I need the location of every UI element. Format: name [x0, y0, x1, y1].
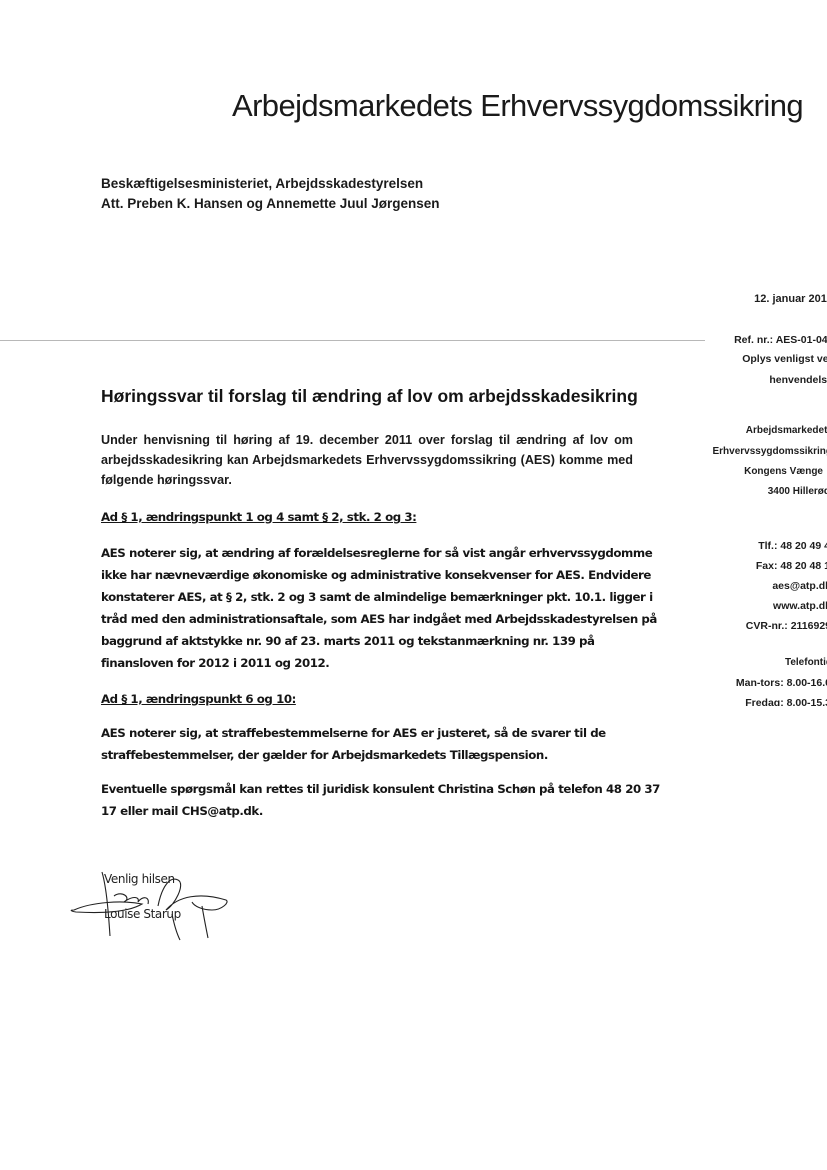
- section-1-line: AES noterer sig, at ændring af forældels…: [101, 542, 652, 564]
- letter-title: Høringssvar til forslag til ændring af l…: [101, 386, 638, 407]
- section-1-line: ikke har nævneværdige økonomiske og admi…: [101, 564, 651, 586]
- section-1-line: baggrund af aktstykke nr. 90 af 23. mart…: [101, 630, 595, 652]
- phone-hours-title: Telefontid: [785, 657, 827, 668]
- intro-paragraph: Under henvisning til høring af 19. decem…: [101, 430, 633, 490]
- sender-address-line-3: Kongens Vænge: [744, 466, 823, 477]
- recipient-line-2: Att. Preben K. Hansen og Annemette Juul …: [101, 196, 440, 211]
- sender-email: aes@atp.dk: [772, 580, 827, 592]
- recipient-line-1: Beskæftigelsesministeriet, Arbejdsskades…: [101, 176, 423, 191]
- organization-logo: Arbejdsmarkedets Erhvervssygdomssikring: [232, 88, 803, 124]
- sender-cvr: CVR-nr.: 2116929: [746, 620, 827, 632]
- section-1-heading: Ad § 1, ændringspunkt 1 og 4 samt § 2, s…: [101, 506, 416, 528]
- phone-hours-friday: Fredag: 8.00-15.3: [745, 697, 827, 706]
- sender-address-line-4: 3400 Hillerød: [768, 486, 827, 497]
- reference-note-1: Oplys venligst ved: [742, 353, 827, 365]
- section-1-line: tråd med den administrationsaftale, som …: [101, 608, 657, 630]
- sender-website: www.atp.dk: [773, 600, 827, 612]
- fold-divider: [0, 340, 705, 341]
- section-1-line: finansloven for 2012 i 2011 og 2012.: [101, 652, 329, 674]
- reference-note-2: henvendelse: [769, 374, 827, 386]
- sender-address-line-1: Arbejdsmarkedets: [746, 425, 827, 436]
- phone-hours-mon-thu: Man-tors: 8.00-16.0: [736, 677, 827, 689]
- reference-number: Ref. nr.: AES-01-04-9: [734, 334, 827, 346]
- section-2-line: straffebestemmelser, der gælder for Arbe…: [101, 744, 548, 766]
- sender-fax: Fax: 48 20 48 1: [756, 560, 827, 572]
- section-2-heading: Ad § 1, ændringspunkt 6 og 10:: [101, 688, 296, 710]
- section-2-line: AES noterer sig, at straffebestemmelsern…: [101, 722, 606, 744]
- letter-date: 12. januar 2012: [754, 293, 827, 305]
- sender-address-line-2: Erhvervssygdomssikring: [713, 446, 827, 457]
- section-1-line: konstaterer AES, at § 2, stk. 2 og 3 sam…: [101, 586, 653, 608]
- sender-phone: Tlf.: 48 20 49 4: [758, 540, 827, 552]
- closing-line: 17 eller mail CHS@atp.dk.: [101, 800, 263, 822]
- closing-line: Eventuelle spørgsmål kan rettes til juri…: [101, 778, 660, 800]
- handwritten-signature-icon: [62, 866, 242, 946]
